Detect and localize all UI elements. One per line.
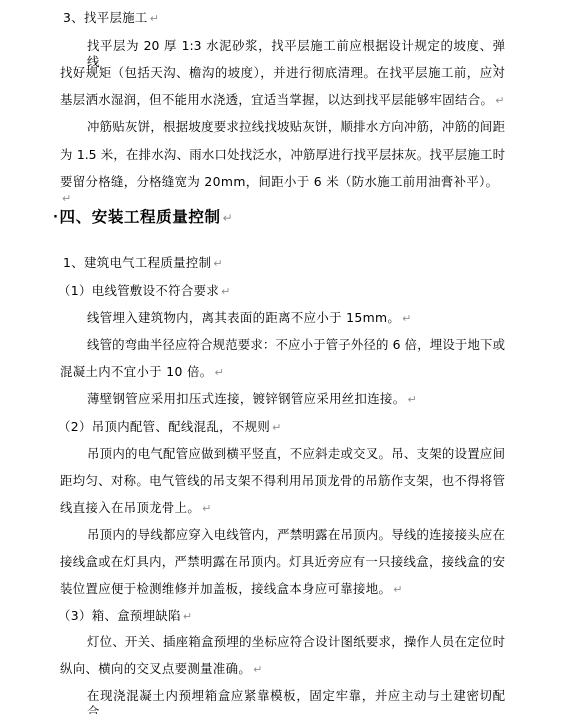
paragraph-mark-icon: ↵ [406,393,417,406]
paragraph-mark-icon: ↵ [200,502,211,515]
body-line: 线管的弯曲半径应符合规范要求：不应小于管子外径的 6 倍，埋设于地下或 [60,337,505,353]
paragraph-mark-icon: ↵ [212,366,223,379]
body-line: 找好规矩（包括天沟、檐沟的坡度），并进行彻底清理。在找平层施工前，应对 [60,65,505,81]
line-text: 基层洒水湿润，但不能用水浇透，宜适当掌握，以达到找平层能够牢固结合。 [60,92,493,107]
paragraph-mark-icon: ↵ [221,211,233,225]
list-item-heading: 3、找平层施工↵ [60,10,505,27]
document-page: 3、找平层施工↵ 找平层为 20 厚 1:3 水泥砂浆，找平层施工前应根据设计规… [0,0,584,714]
paragraph-mark-icon: ↵ [251,663,262,676]
line-text: 吊顶内的导线都应穿入电线管内，严禁明露在吊顶内。导线的连接接头应在 [87,527,505,542]
line-text: 线管埋入建筑物内，离其表面的距离不应小于 15mm。 [87,310,400,325]
body-line: 要留分格缝，分格缝宽为 20mm，间距小于 6 米（防水施工前用油膏补平）。↵ [60,174,505,207]
paragraph-mark-icon: ↵ [493,94,504,107]
line-text: 纵向、横向的交叉点要测量准确。 [60,661,251,676]
item-heading: （2）吊顶内配管、配线混乱，不规则↵ [58,419,503,436]
body-line: 距均匀、对称。电气管线的吊支架不得利用吊顶龙骨的吊筋作支架，也不得将管 [60,473,505,489]
line-text: 距均匀、对称。电气管线的吊支架不得利用吊顶龙骨的吊筋作支架，也不得将管 [60,473,505,488]
body-line: 基层洒水湿润，但不能用水浇透，宜适当掌握，以达到找平层能够牢固结合。↵ [60,92,505,109]
body-line: 线管埋入建筑物内，离其表面的距离不应小于 15mm。↵ [60,310,505,327]
line-text: 冲筋贴灰饼，根据坡度要求拉线找坡贴灰饼，顺排水方向冲筋，冲筋的间距 [87,119,505,134]
paragraph-mark-icon: ↵ [211,257,222,270]
line-text: 线直接入在吊顶龙骨上。 [60,500,200,515]
line-text: 在现浇混凝土内预埋箱盒应紧靠模板，固定牢靠，并应主动与土建密切配合， [87,688,505,714]
line-text: 薄壁钢管应采用扣压式连接，镀锌钢管应采用丝扣连接。 [87,391,406,406]
heading-text: 四、安装工程质量控制 [60,208,221,226]
sub-heading: 1、建筑电气工程质量控制↵ [60,255,505,272]
body-line: 线直接入在吊顶龙骨上。↵ [60,500,505,517]
body-line: 装位置应便于检测维修并加盖板，接线盒本身应可靠接地。↵ [60,581,505,598]
paragraph-mark-icon: ↵ [270,421,281,434]
body-line: 为 1.5 米，在排水沟、雨水口处找泛水，冲筋厚进行找平层抹灰。找平层施工时 [60,147,505,163]
body-line: 接线盒或在灯具内，严禁明露在吊顶内。灯具近旁应有一只接线盒，接线盒的安 [60,554,505,570]
line-text: 线管的弯曲半径应符合规范要求：不应小于管子外径的 6 倍，埋设于地下或 [87,337,505,352]
body-line: 混凝土内不宜小于 10 倍。↵ [60,364,505,381]
line-text: 接线盒或在灯具内，严禁明露在吊顶内。灯具近旁应有一只接线盒，接线盒的安 [60,554,505,569]
line-text: 混凝土内不宜小于 10 倍。 [60,364,212,379]
line-text: 要留分格缝，分格缝宽为 20mm，间距小于 6 米（防水施工前用油膏补平）。 [60,174,498,189]
line-text: 灯位、开关、插座箱盒预埋的坐标应符合设计图纸要求，操作人员在定位时 [87,634,505,649]
line-text: （1）电线管敷设不符合要求 [58,283,219,298]
line-text: （3）箱、盒预埋缺陷 [58,608,181,623]
paragraph-mark-icon: ↵ [219,285,230,298]
body-line: 纵向、横向的交叉点要测量准确。↵ [60,661,505,678]
line-text: 为 1.5 米，在排水沟、雨水口处找泛水，冲筋厚进行找平层抹灰。找平层施工时 [60,147,505,162]
line-text: 3、找平层施工 [63,10,148,25]
paragraph-mark-icon: ↵ [60,192,71,205]
item-heading: （1）电线管敷设不符合要求↵ [58,283,503,300]
paragraph-mark-icon: ↵ [400,312,411,325]
line-text: 吊顶内的电气配管应做到横平竖直，不应斜走或交叉。吊、支架的设置应间 [87,446,505,461]
body-line: 冲筋贴灰饼，根据坡度要求拉线找坡贴灰饼，顺排水方向冲筋，冲筋的间距 [60,119,505,135]
section-heading: ·四、安装工程质量控制↵ [53,208,533,228]
body-line: 吊顶内的导线都应穿入电线管内，严禁明露在吊顶内。导线的连接接头应在 [60,527,505,543]
body-line: 薄壁钢管应采用扣压式连接，镀锌钢管应采用丝扣连接。↵ [60,391,505,408]
body-line: 吊顶内的电气配管应做到横平竖直，不应斜走或交叉。吊、支架的设置应间 [60,446,505,462]
paragraph-mark-icon: ↵ [181,610,192,623]
line-text: 找好规矩（包括天沟、檐沟的坡度），并进行彻底清理。在找平层施工前，应对 [60,65,505,80]
paragraph-mark-icon: ↵ [148,12,159,25]
body-line: 在现浇混凝土内预埋箱盒应紧靠模板，固定牢靠，并应主动与土建密切配合， [60,688,505,714]
line-text: （2）吊顶内配管、配线混乱，不规则 [58,419,270,434]
paragraph-mark-icon: ↵ [391,583,402,596]
line-text: 装位置应便于检测维修并加盖板，接线盒本身应可靠接地。 [60,581,391,596]
line-text: 1、建筑电气工程质量控制 [63,255,211,270]
item-heading: （3）箱、盒预埋缺陷↵ [58,608,503,625]
body-line: 灯位、开关、插座箱盒预埋的坐标应符合设计图纸要求，操作人员在定位时 [60,634,505,650]
